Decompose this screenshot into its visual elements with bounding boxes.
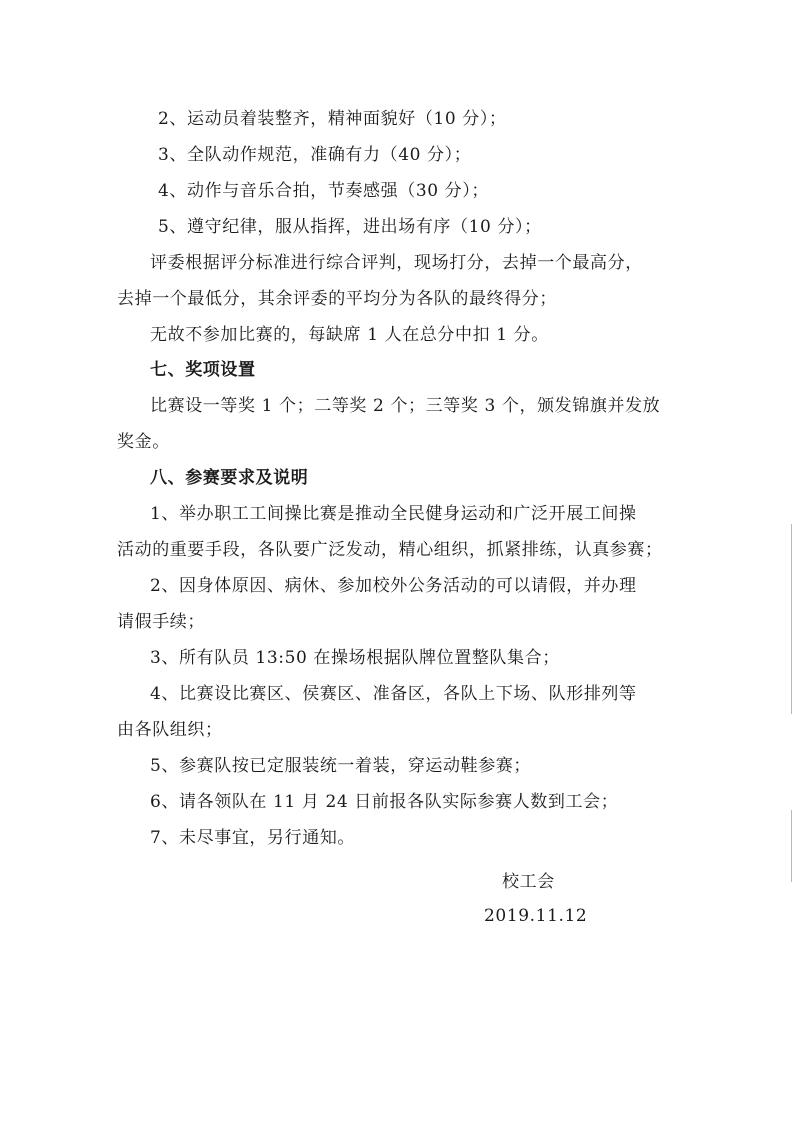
scoring-item-3: 3、全队动作规范，准确有力（40 分）；: [158, 145, 471, 165]
signature-date: 2019.11.12: [484, 906, 587, 926]
absence-rule: 无故不参加比赛的，每缺席 1 人在总分中扣 1 分。: [150, 325, 549, 345]
requirement-3: 3、所有队员 13:50 在操场根据队牌位置整队集合；: [150, 648, 560, 668]
signature-organization: 校工会: [502, 872, 555, 892]
scoring-item-4: 4、动作与音乐合拍，节奏感强（30 分）；: [158, 181, 489, 201]
requirement-5: 5、参赛队按已定服装统一着装，穿运动鞋参赛；: [150, 756, 531, 776]
requirement-2-line-2: 请假手续；: [117, 612, 205, 632]
section-7-line-2: 奖金。: [117, 432, 170, 452]
section-7-line-1: 比赛设一等奖 1 个；二等奖 2 个；三等奖 3 个，颁发锦旗并发放: [150, 396, 660, 416]
scoring-item-5: 5、遵守纪律，服从指挥，进出场有序（10 分）；: [158, 217, 542, 237]
requirement-4-line-2: 由各队组织；: [117, 720, 223, 740]
edge-mark-lower: [791, 810, 792, 882]
scoring-method-line-2: 去掉一个最低分，其余评委的平均分为各队的最终得分；: [117, 289, 557, 309]
requirement-1-line-1: 1、举办职工工间操比赛是推动全民健身运动和广泛开展工间操: [150, 504, 637, 524]
document-page: 2、运动员着装整齐，精神面貌好（10 分）； 3、全队动作规范，准确有力（40 …: [0, 0, 793, 1122]
section-8-heading: 八、参赛要求及说明: [150, 468, 308, 488]
edge-mark-upper: [791, 524, 792, 714]
requirement-2-line-1: 2、因身体原因、病休、参加校外公务活动的可以请假，并办理: [150, 576, 637, 596]
requirement-1-line-2: 活动的重要手段，各队要广泛发动，精心组织，抓紧排练，认真参赛；: [117, 540, 663, 560]
scoring-method-line-1: 评委根据评分标准进行综合评判，现场打分，去掉一个最高分，: [150, 253, 643, 273]
section-7-heading: 七、奖项设置: [150, 360, 256, 380]
requirement-4-line-1: 4、比赛设比赛区、侯赛区、准备区，各队上下场、队形排列等: [150, 684, 637, 704]
requirement-7: 7、未尽事宜，另行通知。: [150, 828, 355, 848]
scoring-item-2: 2、运动员着装整齐，精神面貌好（10 分）；: [158, 109, 507, 129]
requirement-6: 6、请各领队在 11 月 24 日前报各队实际参赛人数到工会；: [150, 792, 618, 812]
